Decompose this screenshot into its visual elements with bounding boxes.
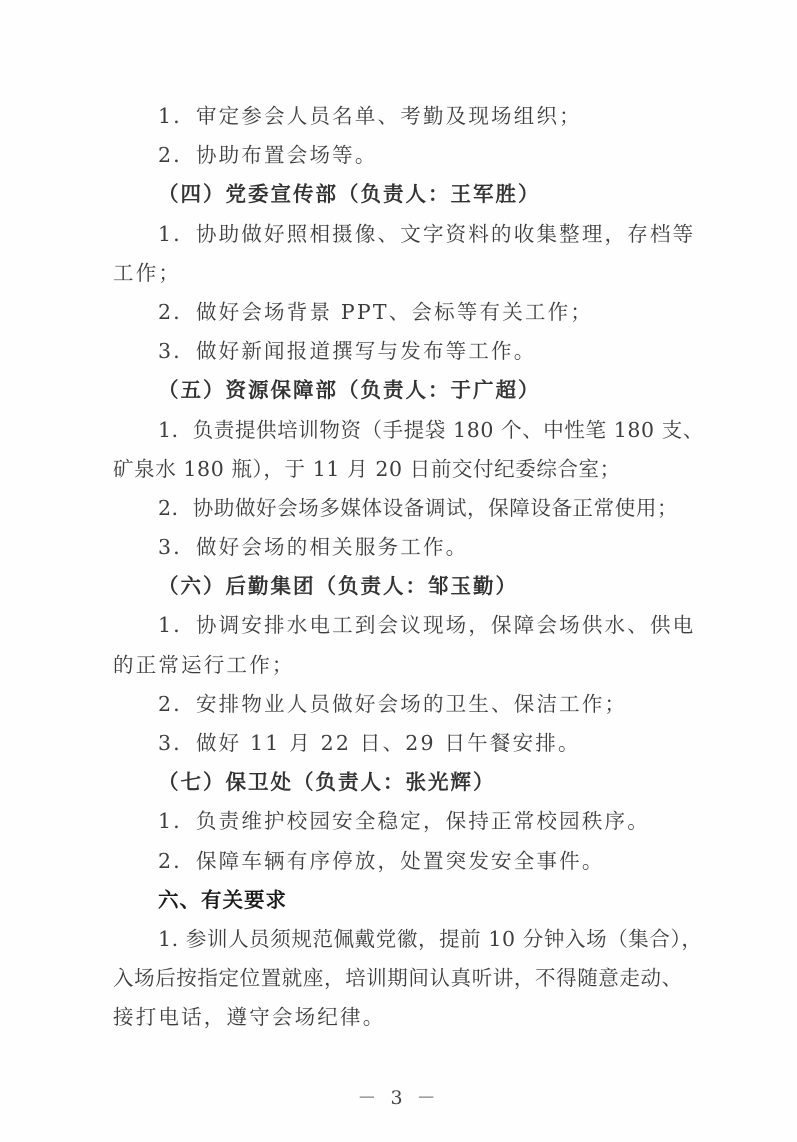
- document-body: 1．审定参会人员名单、考勤及现场组织； 2．协助布置会场等。 （四）党委宣传部（…: [113, 97, 695, 1038]
- list-item: 1. 参训人员须规范佩戴党徽，提前 10 分钟入场（集合），: [113, 920, 695, 959]
- page-number: － 3 －: [0, 1083, 797, 1110]
- section-heading: 六、有关要求: [113, 881, 695, 920]
- list-item: 2．做好会场背景 PPT、会标等有关工作；: [113, 293, 695, 332]
- list-item: 3．做好会场的相关服务工作。: [113, 528, 695, 567]
- section-subheading: （六）后勤集团（负责人：邹玉勤）: [113, 567, 695, 606]
- list-item: 3．做好 11 月 22 日、29 日午餐安排。: [113, 724, 695, 763]
- list-item: 2．协助做好会场多媒体设备调试，保障设备正常使用；: [113, 489, 695, 528]
- list-item: 1．审定参会人员名单、考勤及现场组织；: [113, 97, 695, 136]
- list-item: 1．负责提供培训物资（手提袋 180 个、中性笔 180 支、: [113, 411, 695, 450]
- list-item-continuation: 工作；: [113, 254, 695, 293]
- list-item: 2．保障车辆有序停放，处置突发安全事件。: [113, 842, 695, 881]
- list-item-continuation: 入场后按指定位置就座，培训期间认真听讲，不得随意走动、: [113, 959, 695, 998]
- document-page: 1．审定参会人员名单、考勤及现场组织； 2．协助布置会场等。 （四）党委宣传部（…: [0, 0, 797, 1142]
- list-item-continuation: 矿泉水 180 瓶），于 11 月 20 日前交付纪委综合室；: [113, 450, 695, 489]
- section-subheading: （七）保卫处（负责人：张光辉）: [113, 763, 695, 802]
- section-subheading: （五）资源保障部（负责人：于广超）: [113, 371, 695, 410]
- list-item-continuation: 接打电话，遵守会场纪律。: [113, 998, 695, 1037]
- list-item: 1．负责维护校园安全稳定，保持正常校园秩序。: [113, 802, 695, 841]
- list-item: 2．安排物业人员做好会场的卫生、保洁工作；: [113, 685, 695, 724]
- list-item: 3．做好新闻报道撰写与发布等工作。: [113, 332, 695, 371]
- list-item: 1．协助做好照相摄像、文字资料的收集整理，存档等: [113, 215, 695, 254]
- list-item: 1．协调安排水电工到会议现场，保障会场供水、供电: [113, 606, 695, 645]
- list-item: 2．协助布置会场等。: [113, 136, 695, 175]
- section-subheading: （四）党委宣传部（负责人：王军胜）: [113, 175, 695, 214]
- list-item-continuation: 的正常运行工作；: [113, 646, 695, 685]
